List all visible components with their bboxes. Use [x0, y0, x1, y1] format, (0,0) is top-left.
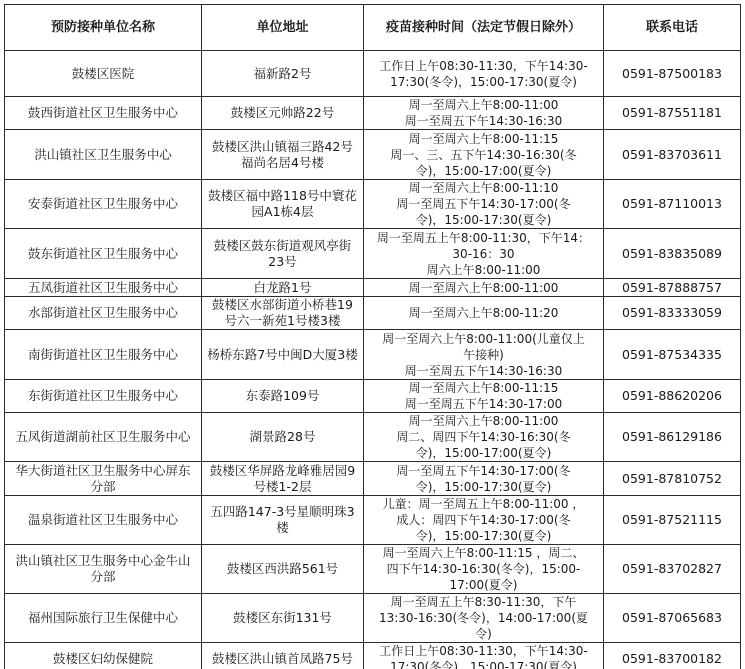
table-row: 华大街道社区卫生服务中心屏东 分部鼓楼区华屏路龙峰雅居园9 号楼1-2层周一至周…	[5, 462, 741, 496]
header-phone: 联系电话	[604, 5, 741, 51]
vaccination-time-cell: 周一至周六上午8:00-11:00	[364, 279, 604, 297]
address-cell: 鼓楼区洪山镇首凤路75号	[202, 643, 364, 669]
address-cell: 鼓楼区西洪路561号	[202, 545, 364, 594]
address-cell: 白龙路1号	[202, 279, 364, 297]
address-cell: 鼓楼区元帅路22号	[202, 97, 364, 130]
unit-name-cell: 东街街道社区卫生服务中心	[5, 380, 202, 413]
address-cell: 五四路147-3号星顺明珠3 楼	[202, 496, 364, 545]
phone-cell: 0591-87551181	[604, 97, 741, 130]
address-cell: 鼓楼区洪山镇福三路42号 福尚名居4号楼	[202, 130, 364, 180]
vaccination-time-cell: 周一至周六上午8:00-11:00 周一至周五下午14:30-16:30	[364, 97, 604, 130]
header-unit-name: 预防接种单位名称	[5, 5, 202, 51]
phone-cell: 0591-83333059	[604, 297, 741, 330]
phone-cell: 0591-87534335	[604, 330, 741, 380]
unit-name-cell: 洪山镇社区卫生服务中心金牛山 分部	[5, 545, 202, 594]
vaccination-time-cell: 周一至周五下午14:30-17:00(冬 令)，15:00-17:30(夏令)	[364, 462, 604, 496]
table-row: 鼓楼区医院福新路2号工作日上午08:30-11:30，下午14:30- 17:3…	[5, 51, 741, 97]
table-row: 五凤街道社区卫生服务中心白龙路1号周一至周六上午8:00-11:000591-8…	[5, 279, 741, 297]
vaccination-time-cell: 周一至周六上午8:00-11:15 ，周二、 四下午14:30-16:30(冬令…	[364, 545, 604, 594]
table-row: 鼓西街道社区卫生服务中心鼓楼区元帅路22号周一至周六上午8:00-11:00 周…	[5, 97, 741, 130]
unit-name-cell: 南街街道社区卫生服务中心	[5, 330, 202, 380]
table-row: 鼓东街道社区卫生服务中心鼓楼区鼓东街道观风亭街 23号周一至周五上午8:00-1…	[5, 229, 741, 279]
table-row: 温泉街道社区卫生服务中心五四路147-3号星顺明珠3 楼儿童：周一至周五上午8:…	[5, 496, 741, 545]
table-row: 洪山镇社区卫生服务中心鼓楼区洪山镇福三路42号 福尚名居4号楼周一至周六上午8:…	[5, 130, 741, 180]
unit-name-cell: 五凤街道湖前社区卫生服务中心	[5, 413, 202, 462]
address-cell: 湖景路28号	[202, 413, 364, 462]
unit-name-cell: 福州国际旅行卫生保健中心	[5, 594, 202, 643]
vaccination-time-cell: 周一至周六上午8:00-11:10 周一至周五下午14:30-17:00(冬 令…	[364, 180, 604, 229]
phone-cell: 0591-87065683	[604, 594, 741, 643]
phone-cell: 0591-86129186	[604, 413, 741, 462]
table-body: 鼓楼区医院福新路2号工作日上午08:30-11:30，下午14:30- 17:3…	[5, 51, 741, 669]
address-cell: 东泰路109号	[202, 380, 364, 413]
address-cell: 鼓楼区水部街道小桥巷19 号六一新苑1号楼3楼	[202, 297, 364, 330]
unit-name-cell: 温泉街道社区卫生服务中心	[5, 496, 202, 545]
address-cell: 杨桥东路7号中闽D大厦3楼	[202, 330, 364, 380]
unit-name-cell: 五凤街道社区卫生服务中心	[5, 279, 202, 297]
phone-cell: 0591-87521115	[604, 496, 741, 545]
vaccination-time-cell: 周一至周六上午8:00-11:00(儿童仅上 午接种) 周一至周五下午14:30…	[364, 330, 604, 380]
phone-cell: 0591-87810752	[604, 462, 741, 496]
table-row: 福州国际旅行卫生保健中心鼓楼区东街131号周一至周五上午8:30-11:30，下…	[5, 594, 741, 643]
vaccination-time-cell: 周一至周六上午8:00-11:15 周一、三、五下午14:30-16:30(冬 …	[364, 130, 604, 180]
table-header-row: 预防接种单位名称 单位地址 疫苗接种时间（法定节假日除外） 联系电话	[5, 5, 741, 51]
unit-name-cell: 水部街道社区卫生服务中心	[5, 297, 202, 330]
phone-cell: 0591-83703611	[604, 130, 741, 180]
header-address: 单位地址	[202, 5, 364, 51]
table-row: 安泰街道社区卫生服务中心鼓楼区福中路118号中寰花 园A1栋4层周一至周六上午8…	[5, 180, 741, 229]
table-row: 东街街道社区卫生服务中心东泰路109号周一至周六上午8:00-11:15 周一至…	[5, 380, 741, 413]
vaccination-time-cell: 周一至周五上午8:00-11:30，下午14： 30-16：30 周六上午8:0…	[364, 229, 604, 279]
vaccination-time-cell: 周一至周六上午8:00-11:20	[364, 297, 604, 330]
phone-cell: 0591-87110013	[604, 180, 741, 229]
address-cell: 鼓楼区华屏路龙峰雅居园9 号楼1-2层	[202, 462, 364, 496]
address-cell: 鼓楼区东街131号	[202, 594, 364, 643]
table-row: 水部街道社区卫生服务中心鼓楼区水部街道小桥巷19 号六一新苑1号楼3楼周一至周六…	[5, 297, 741, 330]
table-row: 洪山镇社区卫生服务中心金牛山 分部鼓楼区西洪路561号周一至周六上午8:00-1…	[5, 545, 741, 594]
address-cell: 鼓楼区福中路118号中寰花 园A1栋4层	[202, 180, 364, 229]
phone-cell: 0591-88620206	[604, 380, 741, 413]
vaccination-time-cell: 工作日上午08:30-11:30，下午14:30- 17:30(冬令)，15:0…	[364, 643, 604, 669]
address-cell: 鼓楼区鼓东街道观风亭街 23号	[202, 229, 364, 279]
unit-name-cell: 安泰街道社区卫生服务中心	[5, 180, 202, 229]
table-row: 五凤街道湖前社区卫生服务中心湖景路28号周一至周六上午8:00-11:00 周二…	[5, 413, 741, 462]
unit-name-cell: 鼓楼区妇幼保健院	[5, 643, 202, 669]
vaccination-time-cell: 周一至周六上午8:00-11:00 周二、周四下午14:30-16:30(冬 令…	[364, 413, 604, 462]
unit-name-cell: 华大街道社区卫生服务中心屏东 分部	[5, 462, 202, 496]
unit-name-cell: 鼓西街道社区卫生服务中心	[5, 97, 202, 130]
table-row: 鼓楼区妇幼保健院鼓楼区洪山镇首凤路75号工作日上午08:30-11:30，下午1…	[5, 643, 741, 669]
unit-name-cell: 鼓楼区医院	[5, 51, 202, 97]
vaccination-time-cell: 工作日上午08:30-11:30，下午14:30- 17:30(冬令)，15:0…	[364, 51, 604, 97]
phone-cell: 0591-87888757	[604, 279, 741, 297]
unit-name-cell: 鼓东街道社区卫生服务中心	[5, 229, 202, 279]
phone-cell: 0591-83702827	[604, 545, 741, 594]
vaccination-sites-table: 预防接种单位名称 单位地址 疫苗接种时间（法定节假日除外） 联系电话 鼓楼区医院…	[4, 4, 741, 669]
unit-name-cell: 洪山镇社区卫生服务中心	[5, 130, 202, 180]
header-vaccination-time: 疫苗接种时间（法定节假日除外）	[364, 5, 604, 51]
phone-cell: 0591-87500183	[604, 51, 741, 97]
table-row: 南街街道社区卫生服务中心杨桥东路7号中闽D大厦3楼周一至周六上午8:00-11:…	[5, 330, 741, 380]
vaccination-time-cell: 周一至周六上午8:00-11:15 周一至周五下午14:30-17:00	[364, 380, 604, 413]
address-cell: 福新路2号	[202, 51, 364, 97]
vaccination-time-cell: 周一至周五上午8:30-11:30，下午 13:30-16:30(冬令)，14:…	[364, 594, 604, 643]
vaccination-time-cell: 儿童：周一至周五上午8:00-11:00 ， 成人：周四下午14:30-17:0…	[364, 496, 604, 545]
phone-cell: 0591-83835089	[604, 229, 741, 279]
phone-cell: 0591-83700182	[604, 643, 741, 669]
